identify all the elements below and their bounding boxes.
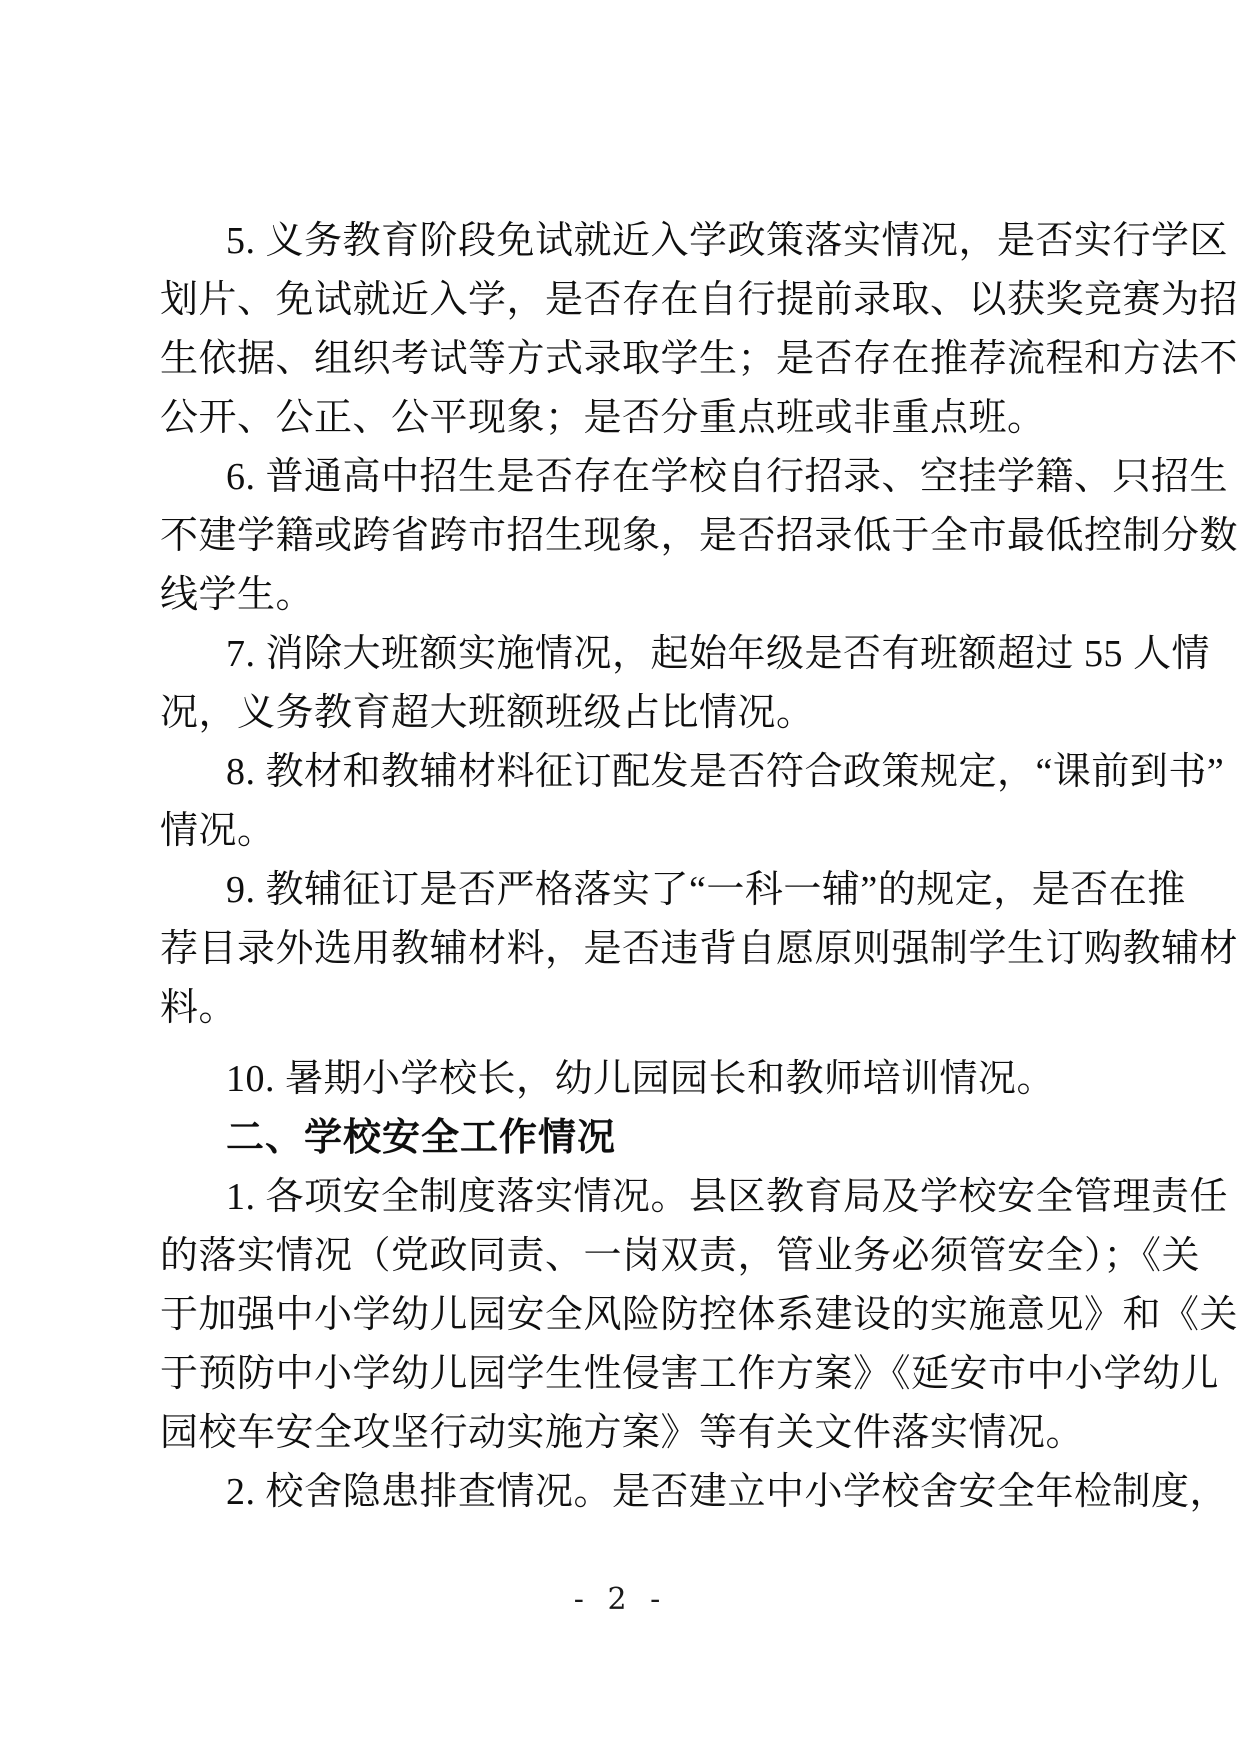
section2-item-1-line-1: 1. 各项安全制度落实情况。县区教育局及学校安全管理责任 [160,1168,1105,1227]
page-number: - 2 - [0,1582,1241,1617]
section2-item-1-line-5: 园校车安全攻坚行动实施方案》等有关文件落实情况。 [160,1404,1105,1463]
item-5-line-1: 5. 义务教育阶段免试就近入学政策落实情况，是否实行学区 [160,212,1105,271]
item-7-line-2: 况，义务教育超大班额班级占比情况。 [160,684,1105,743]
item-8-line-1: 8. 教材和教辅材料征订配发是否符合政策规定，“课前到书” [160,743,1105,802]
item-10-line-1: 10. 暑期小学校长，幼儿园园长和教师培训情况。 [160,1050,1105,1109]
item-8-line-2: 情况。 [160,802,1105,861]
item-7-line-1: 7. 消除大班额实施情况，起始年级是否有班额超过 55 人情 [160,625,1105,684]
item-9-line-2: 荐目录外选用教辅材料，是否违背自愿原则强制学生订购教辅材 [160,920,1105,979]
item-9-line-3: 料。 [160,979,1105,1038]
item-6-line-3: 线学生。 [160,566,1105,625]
document-body: 5. 义务教育阶段免试就近入学政策落实情况，是否实行学区 划片、免试就近入学，是… [160,212,1105,1522]
section2-item-1-line-4: 于预防中小学幼儿园学生性侵害工作方案》《延安市中小学幼儿 [160,1345,1105,1404]
section2-item-1-line-3: 于加强中小学幼儿园安全风险防控体系建设的实施意见》和《关 [160,1286,1105,1345]
item-5-line-4: 公开、公正、公平现象；是否分重点班或非重点班。 [160,389,1105,448]
item-9-line-1: 9. 教辅征订是否严格落实了“一科一辅”的规定，是否在推 [160,861,1105,920]
item-6-line-2: 不建学籍或跨省跨市招生现象，是否招录低于全市最低控制分数 [160,507,1105,566]
section2-item-2-line-1: 2. 校舍隐患排查情况。是否建立中小学校舍安全年检制度， [160,1463,1105,1522]
document-page: 5. 义务教育阶段免试就近入学政策落实情况，是否实行学区 划片、免试就近入学，是… [0,0,1241,1754]
item-5-line-2: 划片、免试就近入学，是否存在自行提前录取、以获奖竞赛为招 [160,271,1105,330]
item-6-line-1: 6. 普通高中招生是否存在学校自行招录、空挂学籍、只招生 [160,448,1105,507]
item-5-line-3: 生依据、组织考试等方式录取学生；是否存在推荐流程和方法不 [160,330,1105,389]
section2-item-1-line-2: 的落实情况（党政同责、一岗双责，管业务必须管安全）；《关 [160,1227,1105,1286]
section-2-heading: 二、学校安全工作情况 [160,1109,1105,1168]
